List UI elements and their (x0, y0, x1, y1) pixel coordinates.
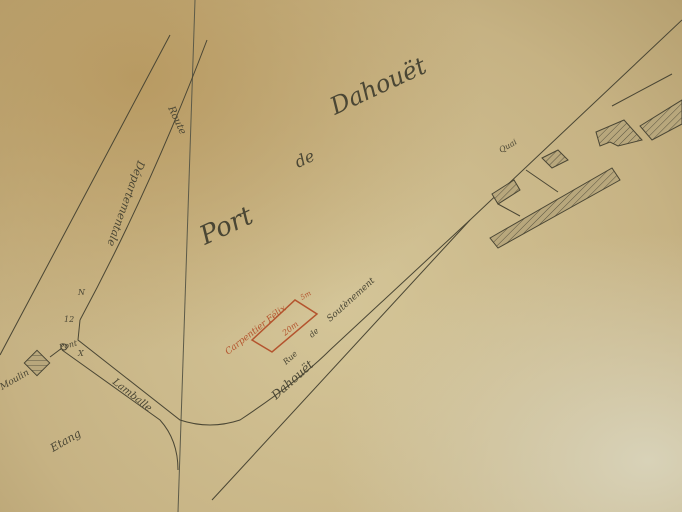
building-3 (596, 120, 642, 146)
label-pont-x: X (77, 349, 84, 358)
label-etang: Etang (47, 427, 83, 455)
route-departementale-west-edge (0, 35, 170, 355)
label-departementale: Départementale (104, 158, 148, 249)
label-carpentier: Carpentier Félix (223, 303, 288, 357)
label-quai: Quai (498, 137, 519, 155)
rue-dahouet-south-edge (212, 220, 470, 500)
map-drawing: Port de Dahouët Route Départementale N 1… (0, 0, 682, 512)
label-moulin: Moulin (0, 368, 31, 393)
label-soutenement: Soutènement (325, 275, 378, 324)
label-rue-de: de (307, 326, 321, 339)
label-rue: Rue (281, 349, 300, 367)
route-departementale-east-edge (80, 40, 207, 320)
historical-map: Port de Dahouët Route Départementale N 1… (0, 0, 682, 512)
lamballe-road-south (62, 350, 178, 470)
long-building (490, 168, 620, 248)
label-dahouet: Dahouët (325, 51, 431, 120)
label-road-12: 12 (64, 315, 74, 324)
label-dim-width: 5m (299, 289, 313, 302)
label-pont: Pont (57, 338, 79, 352)
label-route: Route (165, 104, 188, 137)
building-4 (640, 100, 682, 140)
label-dahouet-road: Dahouët (268, 357, 316, 403)
small-building-2 (542, 150, 568, 168)
label-dim-length: 20m (280, 319, 301, 338)
label-port: Port (194, 201, 258, 252)
label-de: de (292, 146, 318, 172)
label-road-n: N (77, 288, 86, 297)
small-building-1 (492, 180, 520, 204)
